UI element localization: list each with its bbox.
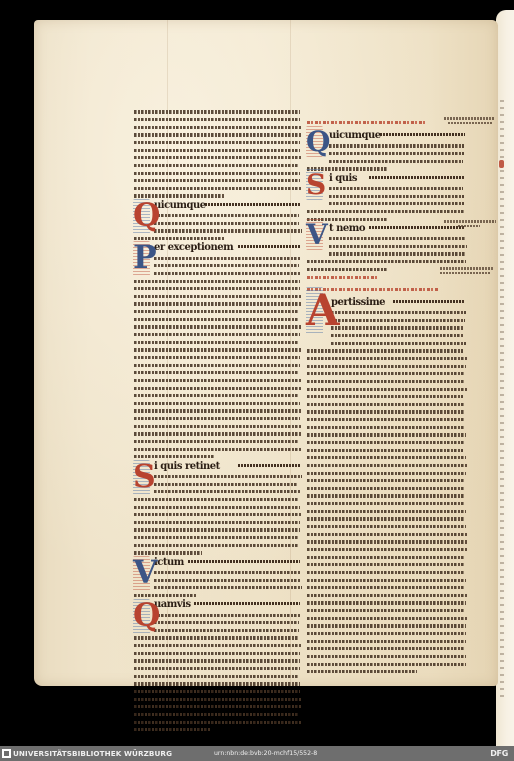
manuscript-text-line — [307, 165, 469, 172]
manuscript-text-line — [134, 177, 304, 184]
manuscript-text-line — [134, 292, 304, 299]
manuscript-text-line — [134, 703, 304, 710]
manuscript-text-line — [134, 584, 304, 591]
image-viewer[interactable]: uicumqueQer exceptionemPi quis retinetSi… — [0, 0, 514, 746]
manuscript-text-line — [307, 607, 469, 614]
manuscript-text-line — [134, 526, 304, 533]
manuscript-text-line — [134, 139, 304, 146]
section-heading: i quis — [329, 173, 357, 185]
decorated-initial: Q — [133, 199, 150, 234]
manuscript-text-line — [134, 710, 304, 717]
manuscript-text-line — [307, 347, 469, 354]
manuscript-text-line — [134, 422, 304, 429]
manuscript-text-line — [307, 614, 469, 621]
manuscript-text-line — [134, 480, 304, 487]
decorated-initial: Q — [306, 126, 323, 157]
left-text-column: uicumqueQer exceptionemPi quis retinetSi… — [134, 108, 304, 733]
manuscript-text-line — [134, 569, 304, 576]
manuscript-text-line — [307, 393, 469, 400]
dfg-logo[interactable]: DFG — [490, 747, 508, 760]
section-heading-line: i quis retinet — [134, 461, 304, 473]
manuscript-text-line — [307, 645, 469, 652]
manuscript-text-line — [307, 157, 469, 164]
manuscript-text-line — [134, 488, 304, 495]
manuscript-text-line — [134, 718, 304, 725]
manuscript-text-line — [307, 462, 469, 469]
section-heading-line: ictum — [134, 557, 304, 569]
manuscript-text-line — [134, 649, 304, 656]
manuscript-text-line — [134, 726, 304, 733]
decorated-initial: S — [306, 169, 323, 200]
manuscript-text-line — [134, 672, 304, 679]
manuscript-text-line — [134, 549, 304, 556]
manuscript-text-line — [307, 553, 469, 560]
manuscript-text-line — [307, 569, 469, 576]
manuscript-text-line — [134, 354, 304, 361]
library-name[interactable]: UNIVERSITÄTSBIBLIOTHEK WÜRZBURG — [13, 748, 172, 759]
manuscript-text-line — [307, 477, 469, 484]
section-heading-line: er exceptionem — [134, 242, 304, 254]
viewer-footer: UNIVERSITÄTSBIBLIOTHEK WÜRZBURG urn:nbn:… — [0, 746, 514, 761]
manuscript-text-line — [134, 377, 304, 384]
manuscript-text-line — [307, 622, 469, 629]
manuscript-text-line — [134, 415, 304, 422]
manuscript-text-line — [134, 634, 304, 641]
rubric-heading — [307, 276, 469, 285]
manuscript-text-line — [134, 384, 304, 391]
manuscript-text-line — [134, 270, 304, 277]
manuscript-text-line — [134, 438, 304, 445]
manuscript-text-line — [307, 416, 469, 423]
manuscript-text-line — [134, 665, 304, 672]
facing-page-text-edge — [500, 100, 504, 700]
manuscript-text-line — [134, 430, 304, 437]
manuscript-text-line — [307, 637, 469, 644]
manuscript-text-line — [307, 250, 469, 257]
decorated-initial: V — [133, 556, 150, 591]
manuscript-text-line — [307, 385, 469, 392]
manuscript-text-line — [134, 657, 304, 664]
manuscript-text-line — [134, 300, 304, 307]
manuscript-text-line — [307, 439, 469, 446]
manuscript-text-line — [307, 185, 469, 192]
manuscript-text-line — [307, 538, 469, 545]
manuscript-text-line — [134, 323, 304, 330]
manuscript-text-line — [134, 407, 304, 414]
manuscript-text-line — [134, 184, 304, 191]
manuscript-text-line — [307, 668, 469, 675]
manuscript-text-line — [307, 454, 469, 461]
manuscript-text-line — [307, 431, 469, 438]
manuscript-text-line — [134, 146, 304, 153]
manuscript-text-line — [134, 576, 304, 583]
manuscript-text-line — [134, 338, 304, 345]
manuscript-text-line — [134, 169, 304, 176]
urn-identifier[interactable]: urn:nbn:de:bvb:20-mchf15/552-8 — [214, 748, 317, 759]
manuscript-text-line — [307, 653, 469, 660]
section-heading-line: i quis — [307, 173, 469, 185]
manuscript-text-line — [307, 484, 469, 491]
manuscript-text-line — [134, 445, 304, 452]
manuscript-text-line — [134, 131, 304, 138]
manuscript-text-line — [134, 688, 304, 695]
manuscript-text-line — [134, 361, 304, 368]
manuscript-text-line — [307, 242, 469, 249]
manuscript-text-line — [307, 546, 469, 553]
manuscript-text-line — [307, 515, 469, 522]
manuscript-text-line — [307, 599, 469, 606]
manuscript-text-line — [134, 695, 304, 702]
manuscript-text-line — [134, 277, 304, 284]
decorated-initial: P — [133, 241, 150, 276]
manuscript-text-line — [307, 584, 469, 591]
manuscript-text-line — [134, 308, 304, 315]
manuscript-text-line — [307, 200, 469, 207]
manuscript-text-line — [307, 576, 469, 583]
manuscript-text-line — [307, 507, 469, 514]
manuscript-text-line — [307, 150, 469, 157]
manuscript-text-line — [307, 561, 469, 568]
marginal-note-2 — [444, 218, 500, 227]
decorated-initial: V — [306, 219, 323, 250]
section-heading: t nemo — [329, 223, 365, 235]
manuscript-text-line — [307, 469, 469, 476]
facing-page-rubric-mark — [499, 160, 504, 168]
manuscript-text-line — [134, 285, 304, 292]
manuscript-text-line — [307, 446, 469, 453]
manuscript-text-line — [134, 116, 304, 123]
manuscript-text-line — [307, 423, 469, 430]
manuscript-text-line — [307, 408, 469, 415]
manuscript-text-line — [134, 511, 304, 518]
manuscript-text-line — [134, 254, 304, 261]
manuscript-text-line — [134, 315, 304, 322]
manuscript-text-line — [134, 346, 304, 353]
manuscript-text-line — [134, 399, 304, 406]
manuscript-text-line — [134, 642, 304, 649]
section-heading: uicumque — [154, 200, 206, 212]
manuscript-text-line — [307, 339, 469, 346]
manuscript-text-line — [134, 518, 304, 525]
right-text-column: uicumqueQi quisSt nemoVpertissimeA — [307, 118, 469, 675]
manuscript-text-line — [307, 492, 469, 499]
manuscript-text-line — [307, 400, 469, 407]
manuscript-text-line — [307, 355, 469, 362]
manuscript-text-line — [134, 262, 304, 269]
marginal-note-3 — [440, 265, 498, 274]
manuscript-text-line — [307, 591, 469, 598]
manuscript-text-line — [307, 660, 469, 667]
manuscript-text-line — [134, 108, 304, 115]
manuscript-text-line — [134, 541, 304, 548]
manuscript-text-line — [307, 530, 469, 537]
manuscript-text-line — [307, 192, 469, 199]
manuscript-text-line — [307, 630, 469, 637]
section-heading: uicumque — [329, 130, 381, 142]
manuscript-text-line — [134, 331, 304, 338]
decorated-initial: A — [306, 287, 323, 335]
decorated-initial: S — [133, 460, 150, 495]
manuscript-text-line — [134, 369, 304, 376]
manuscript-folio: uicumqueQer exceptionemPi quis retinetSi… — [34, 20, 498, 686]
manuscript-text-line — [134, 392, 304, 399]
manuscript-text-line — [307, 258, 469, 265]
manuscript-text-line — [307, 377, 469, 384]
manuscript-text-line — [134, 235, 304, 242]
manuscript-text-line — [307, 523, 469, 530]
manuscript-text-line — [307, 142, 469, 149]
manuscript-text-line — [134, 495, 304, 502]
manuscript-text-line — [134, 123, 304, 130]
manuscript-text-line — [134, 154, 304, 161]
section-heading-line: uicumque — [307, 130, 469, 142]
decorated-initial: Q — [133, 599, 150, 634]
marginal-note-1 — [444, 115, 500, 124]
manuscript-text-line — [134, 453, 304, 460]
manuscript-text-line — [307, 207, 469, 214]
manuscript-text-line — [134, 503, 304, 510]
manuscript-text-line — [307, 500, 469, 507]
manuscript-text-line — [307, 235, 469, 242]
manuscript-text-line — [134, 534, 304, 541]
section-heading: ictum — [154, 557, 184, 569]
library-logo-icon — [2, 749, 11, 758]
manuscript-text-line — [134, 680, 304, 687]
manuscript-text-line — [134, 473, 304, 480]
section-heading: er exceptionem — [154, 242, 233, 254]
manuscript-text-line — [307, 362, 469, 369]
manuscript-text-line — [307, 370, 469, 377]
section-heading: i quis retinet — [154, 461, 220, 473]
manuscript-text-line — [134, 161, 304, 168]
